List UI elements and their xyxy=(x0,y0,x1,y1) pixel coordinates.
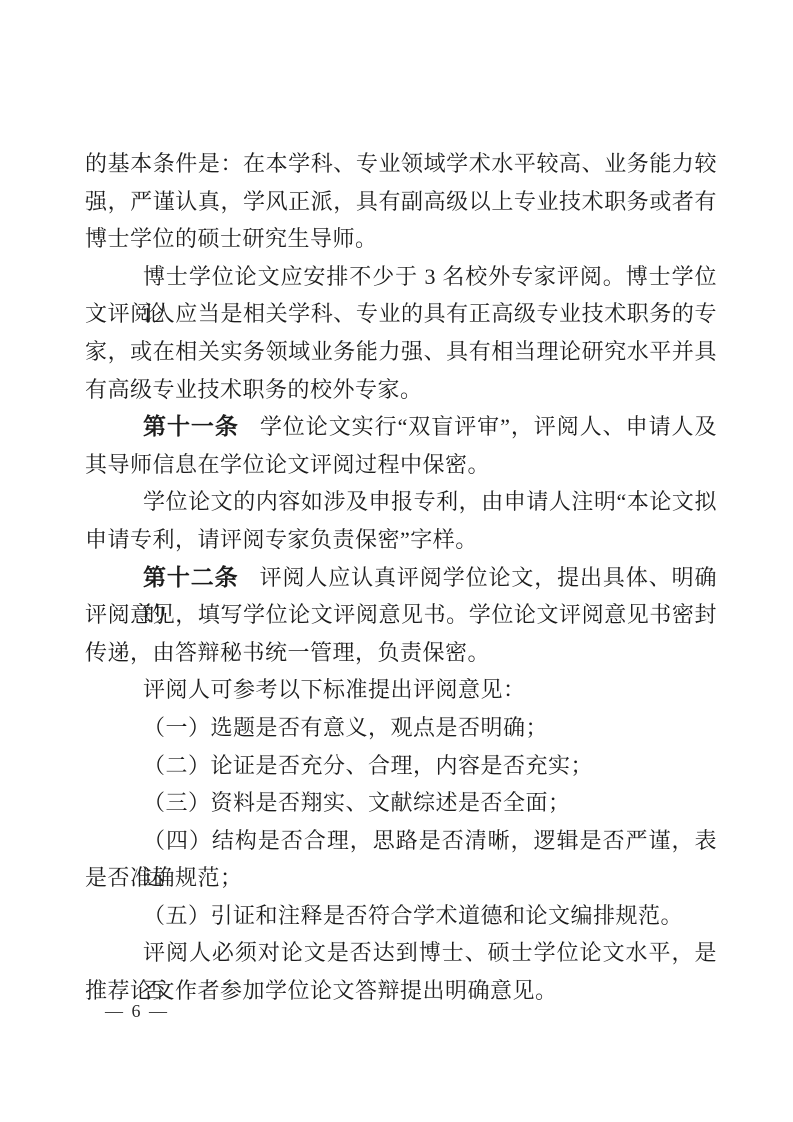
doc-line: 评阅人可参考以下标准提出评阅意见： xyxy=(85,671,717,709)
line-text: 学位论文实行“双盲评审”，评阅人、申请人及 xyxy=(260,414,717,439)
doc-line: 文评阅人应当是相关学科、专业的具有正高级专业技术职务的专 xyxy=(85,295,717,333)
doc-line-item-1: （一）选题是否有意义，观点是否明确； xyxy=(85,709,717,747)
line-text: 是否准确规范； xyxy=(85,865,243,890)
line-text: 传递，由答辩秘书统一管理，负责保密。 xyxy=(85,640,490,665)
line-text: 学位论文的内容如涉及申报专利，由申请人注明“本论文拟 xyxy=(143,489,717,514)
doc-line-item-2: （二）论证是否充分、合理，内容是否充实； xyxy=(85,747,717,785)
doc-line: 推荐论文作者参加学位论文答辩提出明确意见。 xyxy=(85,972,717,1010)
document-body: 的基本条件是：在本学科、专业领域学术水平较高、业务能力较 强，严谨认真，学风正派… xyxy=(85,145,717,1010)
doc-line: 是否准确规范； xyxy=(85,859,717,897)
doc-line: 的基本条件是：在本学科、专业领域学术水平较高、业务能力较 xyxy=(85,145,717,183)
document-page: 的基本条件是：在本学科、专业领域学术水平较高、业务能力较 强，严谨认真，学风正派… xyxy=(0,0,793,1122)
doc-line: 申请专利，请评阅专家负责保密”字样。 xyxy=(85,521,717,559)
doc-line-item-5: （五）引证和注释是否符合学术道德和论文编排规范。 xyxy=(85,897,717,935)
line-text: 其导师信息在学位论文评阅过程中保密。 xyxy=(85,452,490,477)
doc-line: 评阅意见，填写学位论文评阅意见书。学位论文评阅意见书密封 xyxy=(85,596,717,634)
line-text: 有高级专业技术职务的校外专家。 xyxy=(85,377,423,402)
line-text: 家，或在相关实务领域业务能力强、具有相当理论研究水平并具 xyxy=(85,339,717,364)
line-text: 申请专利，请评阅专家负责保密”字样。 xyxy=(85,527,478,552)
doc-line: 强，严谨认真，学风正派，具有副高级以上专业技术职务或者有 xyxy=(85,183,717,221)
doc-line-article-12: 第十二条评阅人应认真评阅学位论文，提出具体、明确的 xyxy=(85,559,717,597)
article-number: 第十二条 xyxy=(143,564,239,590)
line-text: 文评阅人应当是相关学科、专业的具有正高级专业技术职务的专 xyxy=(85,301,717,326)
line-text: 评阅意见，填写学位论文评阅意见书。学位论文评阅意见书密封 xyxy=(85,602,717,627)
page-number: — 6 — xyxy=(105,1001,169,1022)
doc-line: 有高级专业技术职务的校外专家。 xyxy=(85,371,717,409)
line-text: （一）选题是否有意义，观点是否明确； xyxy=(143,715,548,740)
doc-line-item-4: （四）结构是否合理，思路是否清晰，逻辑是否严谨，表达 xyxy=(85,822,717,860)
line-text: 强，严谨认真，学风正派，具有副高级以上专业技术职务或者有 xyxy=(85,189,717,214)
doc-line: 博士学位的硕士研究生导师。 xyxy=(85,220,717,258)
doc-line: 其导师信息在学位论文评阅过程中保密。 xyxy=(85,446,717,484)
line-text: （五）引证和注释是否符合学术道德和论文编排规范。 xyxy=(143,903,683,928)
line-text: 博士学位的硕士研究生导师。 xyxy=(85,226,378,251)
doc-line: 家，或在相关实务领域业务能力强、具有相当理论研究水平并具 xyxy=(85,333,717,371)
doc-line: 学位论文的内容如涉及申报专利，由申请人注明“本论文拟 xyxy=(85,483,717,521)
article-number: 第十一条 xyxy=(143,413,239,439)
line-text: 评阅人可参考以下标准提出评阅意见： xyxy=(143,677,526,702)
line-text: （三）资料是否翔实、文献综述是否全面； xyxy=(143,790,571,815)
doc-line: 博士学位论文应安排不少于 3 名校外专家评阅。博士学位论 xyxy=(85,258,717,296)
line-text: 的基本条件是：在本学科、专业领域学术水平较高、业务能力较 xyxy=(85,151,717,176)
doc-line: 评阅人必须对论文是否达到博士、硕士学位论文水平，是否 xyxy=(85,934,717,972)
doc-line-article-11: 第十一条学位论文实行“双盲评审”，评阅人、申请人及 xyxy=(85,408,717,446)
line-text: （二）论证是否充分、合理，内容是否充实； xyxy=(143,753,593,778)
doc-line-item-3: （三）资料是否翔实、文献综述是否全面； xyxy=(85,784,717,822)
line-text: 推荐论文作者参加学位论文答辩提出明确意见。 xyxy=(85,978,558,1003)
doc-line: 传递，由答辩秘书统一管理，负责保密。 xyxy=(85,634,717,672)
